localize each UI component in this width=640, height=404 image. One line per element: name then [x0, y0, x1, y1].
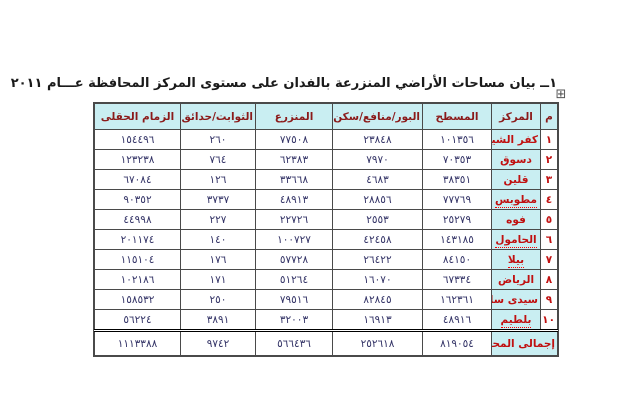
center-name-text: قلين — [504, 174, 529, 186]
table-row: ٧بيلا٨٤١٥٠٢٦٤٢٢٥٧٧٢٨١٧٦١١٥١٠٤ — [95, 250, 558, 270]
cell-center-name: بيلا — [492, 250, 541, 270]
cell-thawabet: ١٧٦ — [181, 250, 256, 270]
cell-center-name: الحامول — [492, 230, 541, 250]
cell-monzaraa: ١٠٠٧٢٧ — [256, 230, 333, 250]
cell-row-number: ١٠ — [541, 310, 558, 331]
cell-monzaraa: ٥٧٧٢٨ — [256, 250, 333, 270]
cell-center-name: فوه — [492, 210, 541, 230]
cell-zemam: ١٥٨٥٣٢ — [95, 290, 181, 310]
totals-row: إجمالى المحافظة٨١٩٠٥٤٢٥٢٦١٨٥٦٦٤٣٦٩٧٤٢١١١… — [95, 331, 558, 356]
cell-zemam: ١٢٣٢٣٨ — [95, 150, 181, 170]
column-header-num: م — [541, 104, 558, 130]
table-row: ١كفر الشيخ١٠١٣٥٦٢٣٨٤٨٧٧٥٠٨٢٦٠١٥٤٤٩٦ — [95, 130, 558, 150]
column-header-thawabet: الثوابت/حدائق — [181, 104, 256, 130]
cell-center-name: قلين — [492, 170, 541, 190]
cell-zemam: ٩٠٣٥٢ — [95, 190, 181, 210]
table-header: مالمركزالمسطحالبور/منافع/سكنالمنزرعالثوا… — [95, 104, 558, 130]
cell-thawabet: ١٧١ — [181, 270, 256, 290]
cell-mosattah: ١٦٢٣٦١ — [423, 290, 492, 310]
cell-monzaraa: ٣٢٠٠٣ — [256, 310, 333, 331]
cell-zemam: ١٥٤٤٩٦ — [95, 130, 181, 150]
column-header-zemam: الزمام الحقلى — [95, 104, 181, 130]
cell-thawabet: ٢٦٠ — [181, 130, 256, 150]
cell-row-number: ٩ — [541, 290, 558, 310]
cell-zemam: ١٠٢١٨٦ — [95, 270, 181, 290]
cell-center-name: دسوق — [492, 150, 541, 170]
cell-monzaraa: ٤٨٩١٣ — [256, 190, 333, 210]
center-name-text: الحامول — [495, 234, 536, 248]
cell-mosattah: ٢٥٢٧٩ — [423, 210, 492, 230]
cell-bour: ٤٦٨٣ — [333, 170, 423, 190]
table-totals: إجمالى المحافظة٨١٩٠٥٤٢٥٢٦١٨٥٦٦٤٣٦٩٧٤٢١١١… — [95, 331, 558, 356]
cell-monzaraa: ٦٢٣٨٣ — [256, 150, 333, 170]
center-name-text: كفر الشيخ — [492, 134, 539, 146]
table-row: ٤مطوبس٧٧٧٦٩٢٨٨٥٦٤٨٩١٣٣٧٣٧٩٠٣٥٢ — [95, 190, 558, 210]
cell-thawabet: ٢٢٧ — [181, 210, 256, 230]
total-zemam: ١١١٣٣٨٨ — [95, 331, 181, 356]
cell-bour: ٢٥٥٣ — [333, 210, 423, 230]
cell-zemam: ١١٥١٠٤ — [95, 250, 181, 270]
center-name-text: بلطيم — [501, 314, 532, 328]
table-row: ٢دسوق٧٠٣٥٣٧٩٧٠٦٢٣٨٣٧٦٤١٢٣٢٣٨ — [95, 150, 558, 170]
cell-monzaraa: ٢٢٧٢٦ — [256, 210, 333, 230]
cell-bour: ٢٦٤٢٢ — [333, 250, 423, 270]
totals-label: إجمالى المحافظة — [492, 331, 558, 356]
cell-bour: ٢٣٨٤٨ — [333, 130, 423, 150]
cell-thawabet: ١٤٠ — [181, 230, 256, 250]
cell-center-name: كفر الشيخ — [492, 130, 541, 150]
cell-row-number: ٤ — [541, 190, 558, 210]
cell-thawabet: ٣٨٩١ — [181, 310, 256, 331]
table-container: مالمركزالمسطحالبور/منافع/سكنالمنزرعالثوا… — [94, 103, 558, 356]
land-areas-table: مالمركزالمسطحالبور/منافع/سكنالمنزرعالثوا… — [94, 103, 558, 356]
center-name-text: بيلا — [508, 254, 524, 268]
cell-bour: ٨٢٨٤٥ — [333, 290, 423, 310]
cell-mosattah: ٨٤١٥٠ — [423, 250, 492, 270]
total-thawabet: ٩٧٤٢ — [181, 331, 256, 356]
table-row: ٦الحامول١٤٣١٨٥٤٢٤٥٨١٠٠٧٢٧١٤٠٢٠١١٧٤ — [95, 230, 558, 250]
column-header-monzaraa: المنزرع — [256, 104, 333, 130]
cell-mosattah: ١٠١٣٥٦ — [423, 130, 492, 150]
cell-thawabet: ١٢٦ — [181, 170, 256, 190]
cell-mosattah: ٧٠٣٥٣ — [423, 150, 492, 170]
total-mosattah: ٨١٩٠٥٤ — [423, 331, 492, 356]
cell-zemam: ٦٧٠٨٤ — [95, 170, 181, 190]
column-header-bour: البور/منافع/سكن — [333, 104, 423, 130]
cell-thawabet: ٢٥٠ — [181, 290, 256, 310]
cell-row-number: ٢ — [541, 150, 558, 170]
cell-row-number: ٥ — [541, 210, 558, 230]
cell-bour: ١٦٠٧٠ — [333, 270, 423, 290]
column-header-center: المركز — [492, 104, 541, 130]
cell-mosattah: ٧٧٧٦٩ — [423, 190, 492, 210]
total-monzaraa: ٥٦٦٤٣٦ — [256, 331, 333, 356]
table-row: ٣قلين٣٨٣٥١٤٦٨٣٣٣٦٦٨١٢٦٦٧٠٨٤ — [95, 170, 558, 190]
center-name-text: الرياض — [498, 274, 534, 286]
cell-row-number: ٣ — [541, 170, 558, 190]
cell-monzaraa: ٣٣٦٦٨ — [256, 170, 333, 190]
cell-monzaraa: ٧٩٥١٦ — [256, 290, 333, 310]
cell-row-number: ٧ — [541, 250, 558, 270]
center-name-text: سيدى سالم — [492, 294, 539, 306]
cell-center-name: سيدى سالم — [492, 290, 541, 310]
table-row: ٨الرياض٦٧٣٣٤١٦٠٧٠٥١٢٦٤١٧١١٠٢١٨٦ — [95, 270, 558, 290]
cell-thawabet: ٣٧٣٧ — [181, 190, 256, 210]
total-bour: ٢٥٢٦١٨ — [333, 331, 423, 356]
cell-monzaraa: ٥١٢٦٤ — [256, 270, 333, 290]
document-title: ١ــ بيان مساحات الأراضي المنزرعة بالفدان… — [94, 76, 557, 98]
cell-zemam: ٤٤٩٩٨ — [95, 210, 181, 230]
cell-bour: ٢٨٨٥٦ — [333, 190, 423, 210]
table-row: ٩سيدى سالم١٦٢٣٦١٨٢٨٤٥٧٩٥١٦٢٥٠١٥٨٥٣٢ — [95, 290, 558, 310]
cell-center-name: مطوبس — [492, 190, 541, 210]
cell-zemam: ٢٠١١٧٤ — [95, 230, 181, 250]
cell-bour: ٤٢٤٥٨ — [333, 230, 423, 250]
cell-center-name: بلطيم — [492, 310, 541, 331]
cell-thawabet: ٧٦٤ — [181, 150, 256, 170]
center-name-text: فوه — [506, 214, 526, 226]
center-name-text: مطوبس — [495, 194, 537, 208]
cell-monzaraa: ٧٧٥٠٨ — [256, 130, 333, 150]
cell-row-number: ١ — [541, 130, 558, 150]
cell-zemam: ٥٦٢٢٤ — [95, 310, 181, 331]
table-row: ١٠بلطيم٤٨٩١٦١٦٩١٣٣٢٠٠٣٣٨٩١٥٦٢٢٤ — [95, 310, 558, 331]
column-header-mosattah: المسطح — [423, 104, 492, 130]
table-row: ٥فوه٢٥٢٧٩٢٥٥٣٢٢٧٢٦٢٢٧٤٤٩٩٨ — [95, 210, 558, 230]
table-move-handle-icon[interactable]: ⊞ — [554, 88, 568, 102]
cell-bour: ٧٩٧٠ — [333, 150, 423, 170]
cell-mosattah: ٤٨٩١٦ — [423, 310, 492, 331]
cell-center-name: الرياض — [492, 270, 541, 290]
cell-mosattah: ٦٧٣٣٤ — [423, 270, 492, 290]
cell-row-number: ٨ — [541, 270, 558, 290]
cell-bour: ١٦٩١٣ — [333, 310, 423, 331]
cell-mosattah: ٣٨٣٥١ — [423, 170, 492, 190]
document-page: ١ــ بيان مساحات الأراضي المنزرعة بالفدان… — [0, 0, 640, 404]
cell-mosattah: ١٤٣١٨٥ — [423, 230, 492, 250]
table-body: ١كفر الشيخ١٠١٣٥٦٢٣٨٤٨٧٧٥٠٨٢٦٠١٥٤٤٩٦٢دسوق… — [95, 130, 558, 331]
center-name-text: دسوق — [500, 154, 532, 166]
cell-row-number: ٦ — [541, 230, 558, 250]
header-row: مالمركزالمسطحالبور/منافع/سكنالمنزرعالثوا… — [95, 104, 558, 130]
